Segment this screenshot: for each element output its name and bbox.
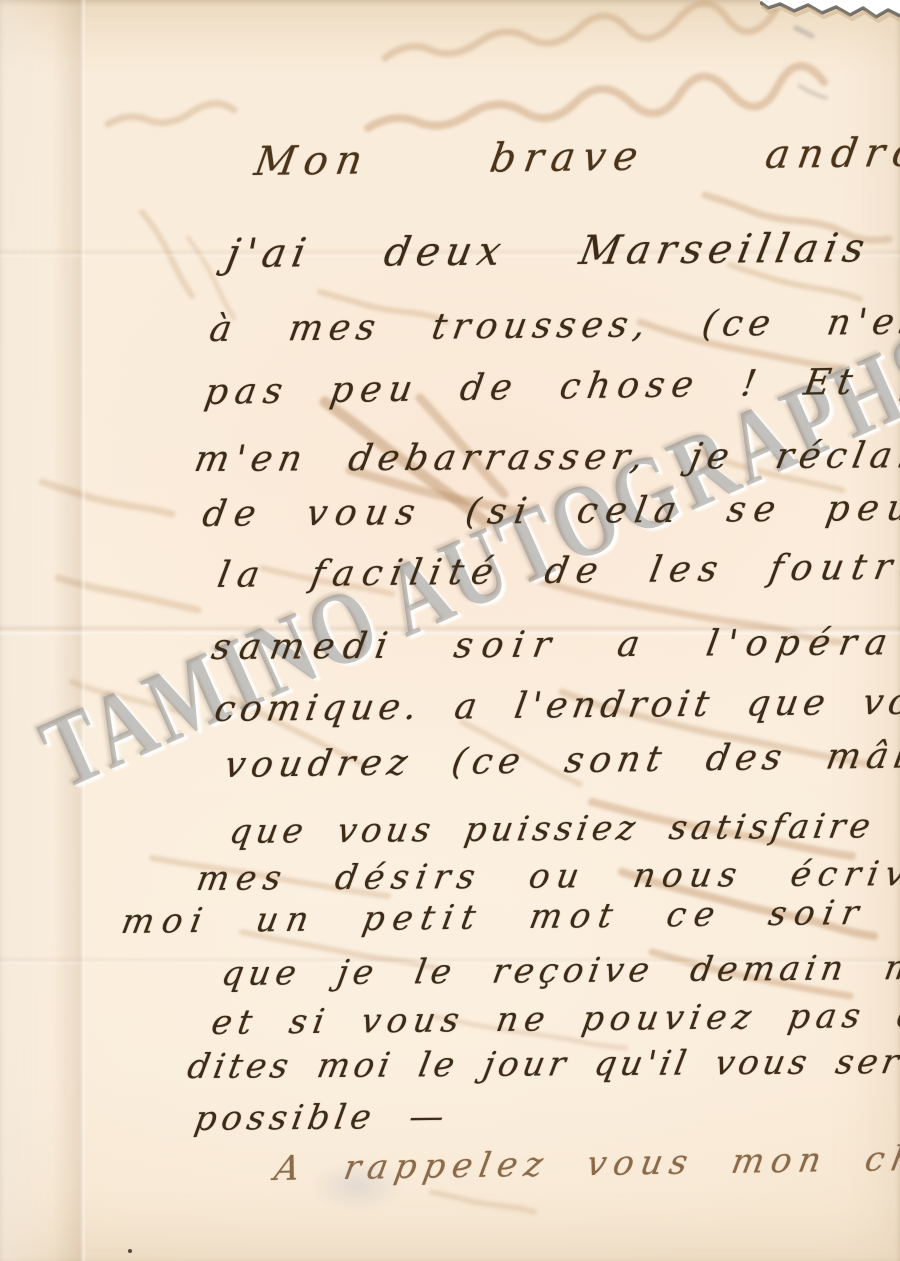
handwritten-line: moi un petit mot ce soir pou — [119, 894, 900, 939]
handwritten-line: que je le reçoive demain matin — [219, 950, 900, 991]
handwritten-line: j'ai deux Marseillais — [223, 228, 873, 274]
handwritten-line: comique. a l'endroit que vous — [212, 684, 900, 728]
handwritten-salutation: Mon brave andron — [252, 132, 900, 182]
handwritten-line: m'en debarrasser, je réclame — [192, 438, 900, 478]
ink-dot — [128, 1249, 132, 1253]
handwritten-line: possible — — [192, 1100, 451, 1136]
handwritten-line: voudrez (ce sont des mâles!! — [222, 737, 900, 784]
faint-stamp-mark — [310, 1160, 405, 1212]
handwritten-line: à mes trousses, (ce n'est — [207, 304, 900, 348]
torn-edge-top-right — [760, 0, 900, 30]
scanned-letter-page: TAMINO AUTOGRAPHS Mon brave andron j'ai … — [0, 0, 900, 1261]
handwritten-line: la facilité de les foutre — [215, 549, 900, 594]
handwritten-line: mes désirs ou nous écrivez — [194, 857, 900, 896]
letter-paper: TAMINO AUTOGRAPHS Mon brave andron j'ai … — [0, 0, 900, 1261]
handwritten-line: que vous puissiez satisfaire à — [227, 809, 900, 849]
handwritten-line: pas peu de chose ! Et pour — [202, 362, 900, 411]
handwritten-line: de vous (si cela se peut) — [200, 490, 900, 533]
handwritten-line: et si vous ne pouviez pas dema — [209, 998, 900, 1040]
handwritten-line: samedi soir a l'opéra — [209, 625, 899, 666]
handwritten-line: dites moi le jour qu'il vous serait — [185, 1045, 900, 1084]
